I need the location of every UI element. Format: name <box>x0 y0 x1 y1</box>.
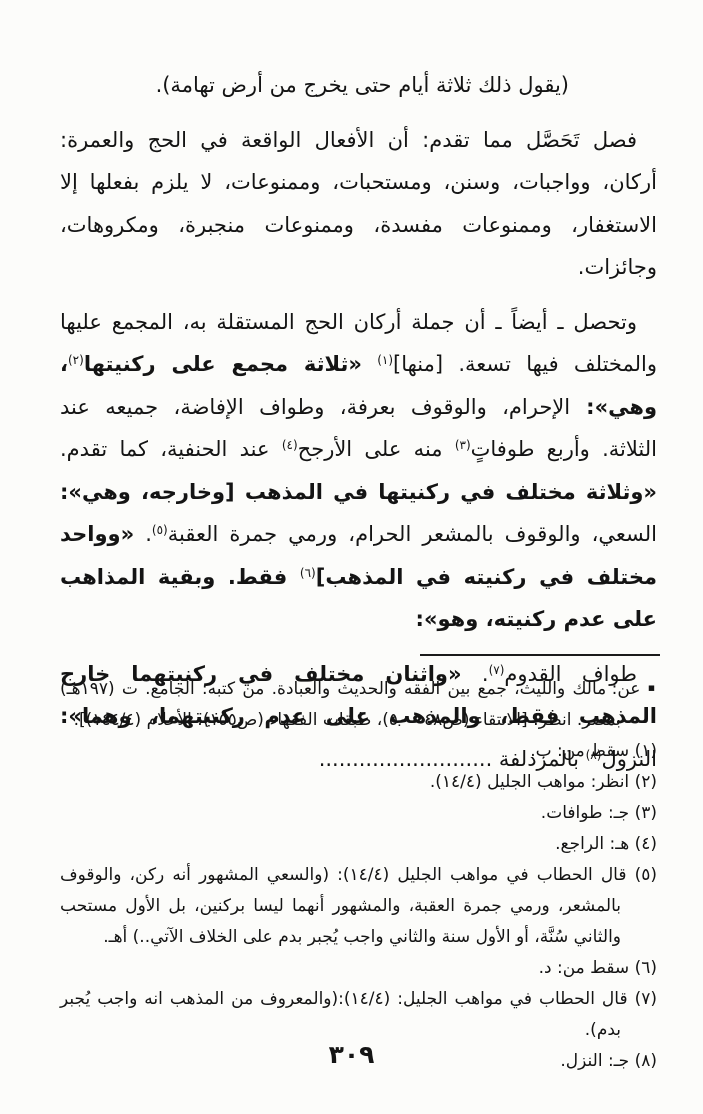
body-paragraph: وتحصل ـ أيضاً ـ أن جملة أركان الحج المست… <box>60 301 657 641</box>
footnote-ref: (٣) <box>455 438 471 452</box>
footnote-item: (٥) قال الحطاب في مواهب الجليل (١٤/٤): (… <box>60 860 657 953</box>
footnote-marker: (٢) <box>635 772 657 792</box>
footnotes: ▪ عن: مالك والليث، جمع بين الفقه والحديث… <box>60 672 657 1077</box>
footnote-text: جـ: طوافات. <box>541 803 629 823</box>
footnote-ref: (٥) <box>152 523 168 537</box>
footnote-text: سقط من: د. <box>539 958 630 978</box>
footnote-marker: (٤) <box>635 834 657 854</box>
book-page: (يقول ذلك ثلاثة أيام حتى يخرج من أرض تها… <box>0 0 703 1114</box>
footnote-item: (٢) انظر: مواهب الجليل (١٤/٤). <box>60 767 657 798</box>
footnote-ref: (١) <box>377 353 393 367</box>
footnote-ref: (٤) <box>282 438 298 452</box>
footnote-ref: (٢) <box>68 353 84 367</box>
footnote-marker: (٧) <box>635 989 657 1009</box>
footnote-marker: (٦) <box>635 958 657 978</box>
text-run: «ثلاثة مجمع على ركنيتها <box>84 352 362 376</box>
text-run: . <box>134 522 152 546</box>
footnote-item: (٣) جـ: طوافات. <box>60 798 657 829</box>
footnote-item: (٤) هـ: الراجع. <box>60 829 657 860</box>
footnote-marker: (٥) <box>635 865 657 885</box>
text-run: فصل تَحَصَّل مما تقدم: أن الأفعال الواقع… <box>60 128 657 280</box>
body-paragraph: فصل تَحَصَّل مما تقدم: أن الأفعال الواقع… <box>60 119 657 289</box>
footnote-item: ▪ عن: مالك والليث، جمع بين الفقه والحديث… <box>60 672 657 736</box>
footnote-text: عن: مالك والليث، جمع بين الفقه والحديث و… <box>60 679 640 730</box>
footnote-text: انظر: مواهب الجليل (١٤/٤). <box>430 772 629 792</box>
footnote-item: (١) سقط من: ب. <box>60 736 657 767</box>
footnote-ref: (٦) <box>300 566 316 580</box>
text-run: السعي، والوقوف بالمشعر الحرام، ورمي جمرة… <box>168 522 657 546</box>
footnote-marker: (٣) <box>635 803 657 823</box>
footnote-marker: ▪ <box>648 681 657 694</box>
footnote-marker: (١) <box>635 741 657 761</box>
footnote-text: هـ: الراجع. <box>555 834 629 854</box>
body-paragraph: (يقول ذلك ثلاثة أيام حتى يخرج من أرض تها… <box>60 64 569 107</box>
footnote-separator <box>420 654 660 656</box>
text-run: (يقول ذلك ثلاثة أيام حتى يخرج من أرض تها… <box>156 73 569 97</box>
page-number: ٣٠٩ <box>0 1040 703 1069</box>
footnote-text: قال الحطاب في مواهب الجليل: (١٤/٤):(والم… <box>60 989 628 1040</box>
text-run: عند الحنفية، كما تقدم. <box>60 437 282 461</box>
footnote-item: (٦) سقط من: د. <box>60 953 657 984</box>
text-run: «وثلاثة مختلف في ركنيتها في المذهب [وخار… <box>60 480 657 504</box>
footnote-item: (٧) قال الحطاب في مواهب الجليل: (١٤/٤):(… <box>60 984 657 1046</box>
text-run <box>362 352 377 376</box>
footnote-text: قال الحطاب في مواهب الجليل (١٤/٤): (والس… <box>60 865 627 947</box>
footnote-text: سقط من: ب. <box>530 741 629 761</box>
text-run: منه على الأرجح <box>298 437 455 461</box>
